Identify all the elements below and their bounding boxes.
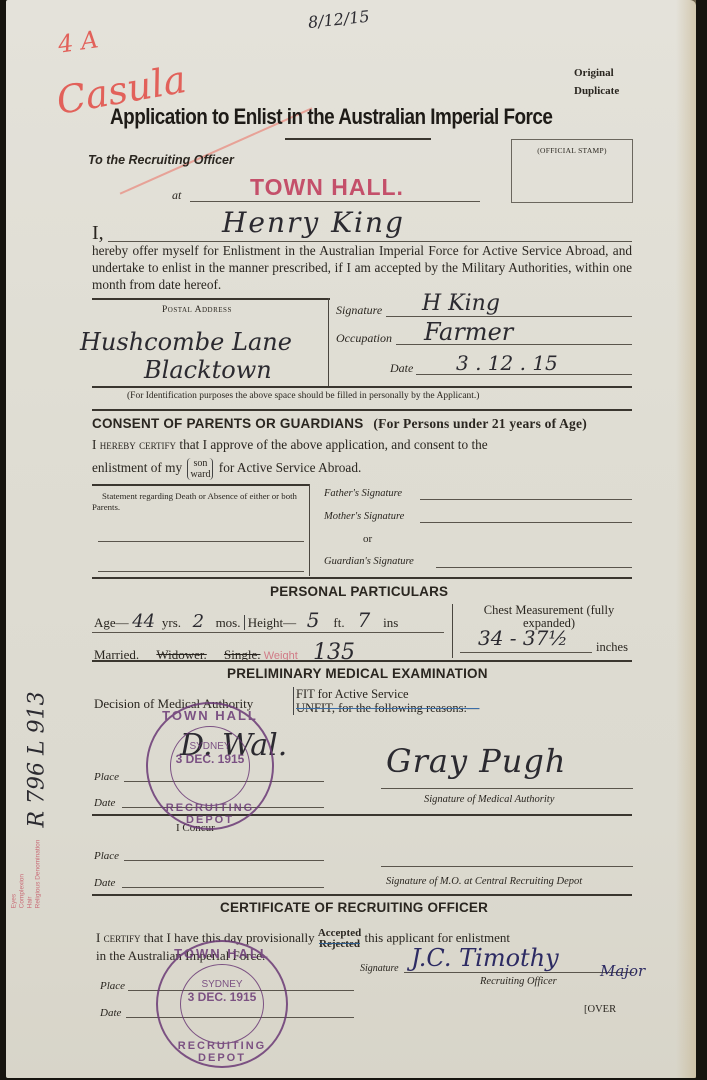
red-unit-annotation: 4 A bbox=[56, 25, 100, 58]
date-note-annotation: 8/12/15 bbox=[307, 10, 349, 31]
mo-signature-label: Signature of M.O. at Central Recruiting … bbox=[386, 876, 582, 887]
side-field-eyes: Eyes bbox=[10, 840, 18, 909]
concur-date-label: Date bbox=[94, 877, 115, 889]
fit-option: FIT for Active Service bbox=[296, 687, 479, 701]
certificate-heading: CERTIFICATE OF RECRUITING OFFICER bbox=[220, 900, 488, 915]
title-underline bbox=[285, 138, 431, 140]
son-ward-choice: son ward bbox=[187, 458, 213, 480]
certify-text: that I approve of the above application,… bbox=[179, 437, 487, 452]
to-recruiting-officer-label: To the Recruiting Officer bbox=[88, 153, 234, 167]
statement-line-1 bbox=[98, 541, 304, 542]
certificate-place-label: Place bbox=[100, 980, 125, 992]
ward-option: ward bbox=[190, 469, 210, 480]
unfit-option-struck: UNFIT, for the following reasons:— bbox=[296, 701, 479, 715]
statement-box-divider bbox=[309, 484, 310, 576]
side-field-religion: Religious Denomination bbox=[34, 840, 42, 909]
stamp-bottom-text: RECRUITING DEPOT bbox=[158, 1040, 286, 1064]
height-label: Height bbox=[244, 615, 283, 630]
address-box-divider bbox=[328, 298, 329, 386]
medical-authority-signature: Gray Pugh bbox=[386, 742, 566, 780]
address-line-1: Hushcombe Lane bbox=[80, 328, 292, 356]
father-signature-line[interactable] bbox=[420, 499, 632, 500]
side-field-hair: Hair bbox=[26, 840, 34, 909]
chest-value: 34 - 37½ bbox=[478, 626, 568, 650]
son-option: son bbox=[190, 458, 210, 469]
offer-paragraph: hereby offer myself for Enlistment in th… bbox=[92, 242, 632, 293]
guardian-signature-label: Guardian's Signature bbox=[324, 556, 414, 567]
side-descriptive-panel: Eyes Complexion Hair Religious Denominat… bbox=[8, 828, 78, 908]
official-stamp-box: (OFFICIAL STAMP) bbox=[511, 139, 633, 203]
decision-choice: FIT for Active Service UNFIT, for the fo… bbox=[293, 687, 479, 715]
mother-signature-label: Mother's Signature bbox=[324, 511, 404, 522]
at-label: at bbox=[172, 188, 181, 203]
stamp-city: SYDNEY bbox=[171, 741, 249, 752]
certificate-top-rule bbox=[92, 894, 632, 896]
statement-label: Statement regarding Death or Absence of … bbox=[92, 491, 304, 513]
statement-line-2 bbox=[98, 571, 304, 572]
certificate-certify-prefix: I certify bbox=[96, 930, 141, 945]
chest-divider bbox=[452, 604, 453, 658]
medical-heading: PRELIMINARY MEDICAL EXAMINATION bbox=[227, 666, 488, 681]
signature-label: Signature bbox=[336, 303, 382, 318]
statement-box-top bbox=[92, 484, 310, 486]
enlistment-text: enlistment of my bbox=[92, 460, 182, 475]
applicant-name: Henry King bbox=[222, 206, 405, 239]
medical-authority-signature-label: Signature of Medical Authority bbox=[424, 794, 554, 805]
recruiting-officer-label: Recruiting Officer bbox=[480, 976, 557, 987]
stamp-date: 3 DEC. 1915 bbox=[171, 752, 249, 766]
consent-heading-note: (For Persons under 21 years of Age) bbox=[373, 416, 586, 431]
stamp-date: 3 DEC. 1915 bbox=[181, 990, 263, 1004]
chest-line bbox=[460, 652, 592, 653]
medical-authority-line bbox=[381, 788, 633, 789]
date-label: Date bbox=[390, 361, 413, 376]
occupation-label: Occupation bbox=[336, 331, 392, 346]
father-signature-label: Father's Signature bbox=[324, 488, 402, 499]
duplicate-label: Duplicate bbox=[574, 82, 619, 100]
signature-line bbox=[386, 316, 632, 317]
concur-place-line[interactable] bbox=[124, 860, 324, 861]
stamp-city: SYDNEY bbox=[181, 979, 263, 990]
stamp-bottom-text: RECRUITING DEPOT bbox=[148, 802, 272, 826]
or-label: or bbox=[363, 533, 372, 545]
inches-label: inches bbox=[596, 640, 628, 655]
recruiting-depot-stamp-certificate: TOWN HALL SYDNEY 3 DEC. 1915 RECRUITING … bbox=[156, 940, 288, 1068]
concur-place-label: Place bbox=[94, 850, 119, 862]
certify-prefix: I hereby certify bbox=[92, 437, 176, 452]
consent-top-rule bbox=[92, 409, 632, 411]
enlistment-form-page: 4 A Casula 8/12/15 Original Duplicate Ap… bbox=[6, 0, 696, 1078]
occupation-value: Farmer bbox=[424, 318, 513, 346]
at-line bbox=[190, 201, 480, 202]
age-row-line bbox=[92, 632, 444, 633]
mother-signature-line[interactable] bbox=[420, 522, 632, 523]
address-line-2: Blacktown bbox=[144, 356, 272, 384]
medical-date-label: Date bbox=[94, 797, 115, 809]
address-box-top bbox=[92, 298, 330, 300]
officer-signature-label: Signature bbox=[360, 963, 399, 974]
personal-heading: PERSONAL PARTICULARS bbox=[270, 584, 448, 599]
age-years-value: 44 bbox=[129, 611, 159, 633]
consent-enlistment-line: enlistment of my son ward for Active Ser… bbox=[92, 458, 361, 480]
certificate-date-label: Date bbox=[100, 1007, 121, 1019]
guardian-signature-line[interactable] bbox=[436, 567, 632, 568]
age-label: Age bbox=[94, 615, 116, 630]
consent-heading: CONSENT OF PARENTS OR GUARDIANS (For Per… bbox=[92, 416, 587, 432]
certificate-text-after: this applicant for enlistment bbox=[364, 930, 510, 945]
side-fields: Eyes Complexion Hair Religious Denominat… bbox=[10, 840, 42, 909]
height-ft-value: 5 bbox=[296, 608, 330, 633]
rejected-option-struck: Rejected bbox=[318, 939, 361, 950]
officer-rank: Major bbox=[600, 962, 645, 980]
ins-label: ins bbox=[383, 615, 398, 630]
age-height-row: Age—44 yrs. 2 mos. Height—5 ft. 7 ins bbox=[94, 608, 398, 633]
officer-signature: J.C. Timothy bbox=[411, 944, 559, 972]
application-date: 3 . 12 . 15 bbox=[456, 351, 558, 375]
height-in-value: 7 bbox=[348, 608, 380, 633]
mos-label: mos. bbox=[216, 615, 241, 630]
town-hall-stamp-text: TOWN HALL. bbox=[250, 174, 404, 201]
applicant-box-bottom bbox=[92, 386, 632, 388]
consent-certify-line: I hereby certify that I approve of the a… bbox=[92, 436, 632, 453]
ft-label: ft. bbox=[333, 615, 344, 630]
yrs-label: yrs. bbox=[162, 615, 181, 630]
applicant-signature: H King bbox=[422, 291, 500, 316]
recruiting-depot-stamp-medical: TOWN HALL SYDNEY 3 DEC. 1915 RECRUITING … bbox=[146, 702, 274, 830]
postal-address-label: Postal Address bbox=[162, 305, 232, 315]
age-months-value: 2 bbox=[184, 611, 212, 633]
original-label: Original bbox=[574, 64, 619, 82]
side-service-number: R 796 L 913 bbox=[25, 718, 50, 828]
consent-heading-text: CONSENT OF PARENTS OR GUARDIANS bbox=[92, 416, 363, 431]
accept-reject-choice: Accepted Rejected bbox=[318, 928, 361, 950]
medical-place-label: Place bbox=[94, 771, 119, 783]
medical-top-rule bbox=[92, 660, 632, 662]
form-title: Application to Enlist in the Australian … bbox=[110, 104, 552, 130]
official-stamp-label: (OFFICIAL STAMP) bbox=[512, 146, 632, 155]
concur-date-line[interactable] bbox=[122, 887, 324, 888]
identification-note: (For Identification purposes the above s… bbox=[127, 391, 479, 401]
mo-signature-line[interactable] bbox=[381, 866, 633, 867]
side-field-complexion: Complexion bbox=[18, 840, 26, 909]
personal-top-rule bbox=[92, 577, 632, 579]
stamp-top-text: TOWN HALL bbox=[148, 708, 272, 723]
over-label: [OVER bbox=[584, 1004, 616, 1015]
enlistment-suffix: for Active Service Abroad. bbox=[219, 460, 362, 475]
stamp-top-text: TOWN HALL bbox=[158, 946, 286, 961]
copy-type-options: Original Duplicate bbox=[574, 64, 619, 100]
